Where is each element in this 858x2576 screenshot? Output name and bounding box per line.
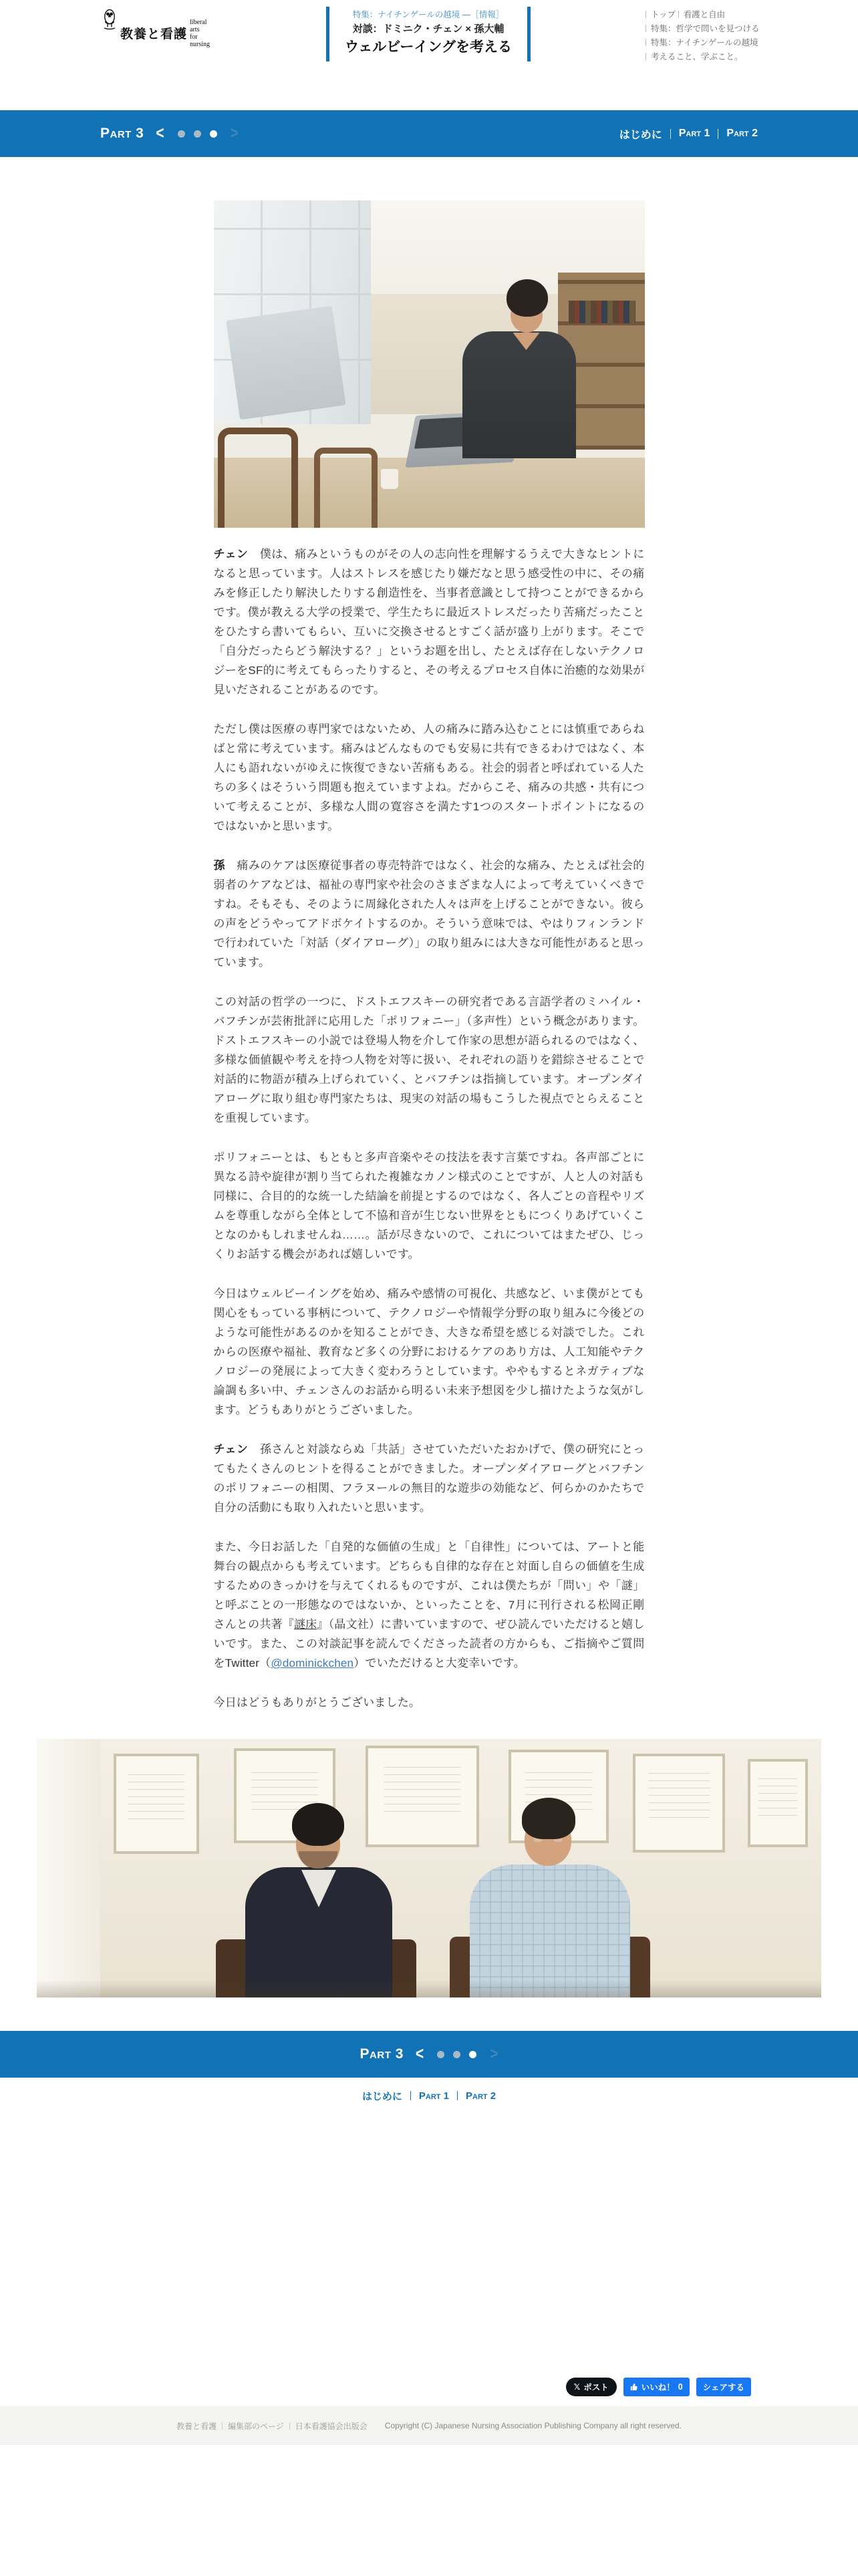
footer-link-publisher[interactable]: 日本看護協会出版会 <box>295 2420 368 2432</box>
nav-separator <box>646 39 646 46</box>
nav-separator <box>678 11 679 18</box>
photo-books <box>569 301 635 323</box>
photo-framed-drawing <box>633 1754 725 1853</box>
photo-shadow <box>37 1980 821 1997</box>
paragraph-text: ただし僕は医療の専門家ではないため、人の痛みに踏み込むことには慎重であらねばと常… <box>214 723 645 832</box>
article-paragraph: チェン 孫さんと対談ならぬ「共話」させていただいたおかげで、僕の研究にとってもた… <box>214 1440 645 1517</box>
sub-link-part2[interactable]: Part 2 <box>466 2090 496 2102</box>
facebook-like-button[interactable]: いいね！0 <box>623 2378 690 2396</box>
nav-separator <box>646 11 646 18</box>
photo-framed-drawing <box>366 1746 479 1847</box>
paragraph-text: ）でいただけると大変幸いです。 <box>353 1657 525 1669</box>
sub-link-part1[interactable]: Part 1 <box>419 2090 449 2102</box>
sub-link-separator <box>410 2091 411 2100</box>
speaker-name: 孫 <box>214 859 225 872</box>
page-dot[interactable] <box>469 2051 476 2058</box>
closing-photo-chen-and-son <box>37 1739 821 1997</box>
x-post-button[interactable]: 𝕏 ポスト <box>566 2378 617 2396</box>
paragraph-text: 痛みのケアは医療従事者の専売特許ではなく、社会的な痛み、たとえば社会的弱者のケア… <box>214 859 645 969</box>
page-dots <box>437 2051 476 2058</box>
accent-bar-right <box>527 7 531 61</box>
article-body: チェン 僕は、痛みというものがその人の志向性を理解するうえで大きなヒントになると… <box>214 544 645 1712</box>
current-part-label: Part 3 <box>100 126 144 142</box>
inline-link[interactable]: @dominickchen <box>271 1657 353 1669</box>
sub-link-intro[interactable]: はじめに <box>362 2089 402 2103</box>
article-paragraph: 今日はウェルビーイングを始め、痛みや感情の可視化、共感など、いま僕がとても関心を… <box>214 1284 645 1420</box>
part-link-separator <box>718 129 718 139</box>
photo-person-left-hair <box>292 1803 344 1846</box>
prev-part-arrow[interactable]: < <box>416 2044 424 2064</box>
paragraph-text: また、今日お話した「自発的な価値の生成」と「自律性」については、アートと能舞台の… <box>214 1541 645 1631</box>
nav-separator <box>646 53 646 60</box>
part-link-part1[interactable]: Part 1 <box>679 128 710 140</box>
social-share-row: 𝕏 ポスト いいね！0 シェアする <box>0 2377 858 2397</box>
photo-framed-drawing <box>114 1754 199 1854</box>
photo-person-hair <box>507 279 548 317</box>
footer-separator <box>289 2422 290 2430</box>
page-dots <box>178 130 217 138</box>
like-count: 0 <box>678 2382 683 2392</box>
part-sub-links: はじめに Part 1 Part 2 <box>0 2087 858 2104</box>
feature-series: 特集：ナイチンゲールの越境 ―［情報］ <box>333 8 523 21</box>
footer-separator <box>222 2422 223 2430</box>
feature-heading: 特集：ナイチンゲールの越境 ―［情報］ 対談：ドミニク・チェン × 孫大輔 ウェ… <box>326 7 531 61</box>
copyright-text: Copyright (C) Japanese Nursing Associati… <box>385 2421 682 2430</box>
logo-title: 教養と看護 <box>120 24 187 42</box>
spacer <box>0 2104 858 2377</box>
part-nav-bar-bottom: Part 3 < > <box>0 2031 858 2078</box>
part-link-intro[interactable]: はじめに <box>619 126 662 142</box>
photo-drafting-board <box>226 306 345 420</box>
footer-link-site[interactable]: 教養と看護 <box>176 2420 217 2432</box>
article-paragraph: この対話の哲学の一つに、ドストエフスキーの研究者である言語学者のミハイル・バフチ… <box>214 992 645 1128</box>
next-part-arrow: > <box>490 2044 498 2064</box>
page-title: ウェルビーイングを考える <box>333 37 523 57</box>
logo-subtitle: liberal arts for nursing <box>190 19 210 48</box>
photo-cup <box>381 469 398 489</box>
site-header: 教養と看護 liberal arts for nursing 特集：ナイチンゲー… <box>0 0 858 110</box>
page-footer: 教養と看護 編集部のページ 日本看護協会出版会 Copyright (C) Ja… <box>0 2406 858 2445</box>
part-nav-bar-top: Part 3 < > はじめに Part 1 Part 2 <box>0 110 858 157</box>
article-paragraph: チェン 僕は、痛みというものがその人の志向性を理解するうえで大きなヒントになると… <box>214 544 645 699</box>
next-part-arrow: > <box>231 124 239 144</box>
nav-link-nursing-freedom[interactable]: 看護と自由 <box>684 10 726 19</box>
feature-subtitle: 対談：ドミニク・チェン × 孫大輔 <box>333 21 523 37</box>
page-dot[interactable] <box>178 130 185 138</box>
page-dot[interactable] <box>194 130 201 138</box>
paragraph-text: この対話の哲学の一つに、ドストエフスキーの研究者である言語学者のミハイル・バフチ… <box>214 995 645 1124</box>
thumbs-up-icon <box>630 2383 638 2391</box>
nav-link-feature-philosophy[interactable]: 特集：哲学で問いを見つける <box>651 24 760 33</box>
article-paragraph: ポリフォニーとは、もともと多声音楽やその技法を表す言葉ですね。各声部ごとに異なる… <box>214 1148 645 1264</box>
nav-link-feature-nightingale[interactable]: 特集：ナイチンゲールの越境 <box>651 38 758 47</box>
photo-window <box>37 1739 100 1997</box>
photo-chair <box>218 428 298 528</box>
inline-link[interactable]: 謎床 <box>294 1618 317 1631</box>
article-paragraph: 孫 痛みのケアは医療従事者の専売特許ではなく、社会的な痛み、たとえば社会的弱者の… <box>214 856 645 972</box>
page-dot[interactable] <box>210 130 217 138</box>
photo-chair <box>314 448 378 528</box>
article-paragraph: また、今日お話した「自発的な価値の生成」と「自律性」については、アートと能舞台の… <box>214 1537 645 1673</box>
article-paragraph: ただし僕は医療の専門家ではないため、人の痛みに踏み込むことには慎重であらねばと常… <box>214 719 645 836</box>
photo-person-right-torso <box>470 1865 630 1997</box>
header-nav: トップ 看護と自由 特集：哲学で問いを見つける 特集：ナイチンゲールの越境 考え… <box>646 8 760 64</box>
footer-link-editorial[interactable]: 編集部のページ <box>228 2420 284 2432</box>
sub-link-separator <box>457 2091 458 2100</box>
paragraph-text: 今日はウェルビーイングを始め、痛みや感情の可視化、共感など、いま僕がとても関心を… <box>214 1287 645 1416</box>
page-dot[interactable] <box>453 2051 460 2058</box>
nav-separator <box>646 25 646 32</box>
x-logo-icon: 𝕏 <box>574 2382 581 2392</box>
current-part-label: Part 3 <box>360 2046 404 2062</box>
speaker-name: チェン <box>214 1443 249 1456</box>
paragraph-text: 今日はどうもありがとうございました。 <box>214 1696 421 1709</box>
nav-link-top[interactable]: トップ <box>651 10 676 19</box>
prev-part-arrow[interactable]: < <box>156 124 164 144</box>
facebook-share-button[interactable]: シェアする <box>696 2378 751 2396</box>
paragraph-text: 孫さんと対談ならぬ「共話」させていただいたおかげで、僕の研究にとってもたくさんの… <box>214 1443 645 1514</box>
paragraph-text: 僕は、痛みというものがその人の志向性を理解するうえで大きなヒントになると思ってい… <box>214 548 645 696</box>
owl-icon <box>102 8 118 34</box>
part-link-separator <box>670 129 671 139</box>
photo-framed-drawing <box>748 1759 808 1847</box>
part-link-part2[interactable]: Part 2 <box>726 128 758 140</box>
paragraph-text: ポリフォニーとは、もともと多声音楽やその技法を表す言葉ですね。各声部ごとに異なる… <box>214 1151 645 1261</box>
article-paragraph: 今日はどうもありがとうございました。 <box>214 1693 645 1712</box>
photo-person-torso <box>462 331 576 458</box>
hero-photo-dominick-chen <box>214 200 645 528</box>
speaker-name: チェン <box>214 548 249 560</box>
page-dot[interactable] <box>437 2051 444 2058</box>
nav-link-thinking-learning[interactable]: 考えること、学ぶこと。 <box>651 52 743 61</box>
photo-person-right-hair <box>522 1798 575 1839</box>
site-logo[interactable]: 教養と看護 liberal arts for nursing <box>102 9 210 48</box>
